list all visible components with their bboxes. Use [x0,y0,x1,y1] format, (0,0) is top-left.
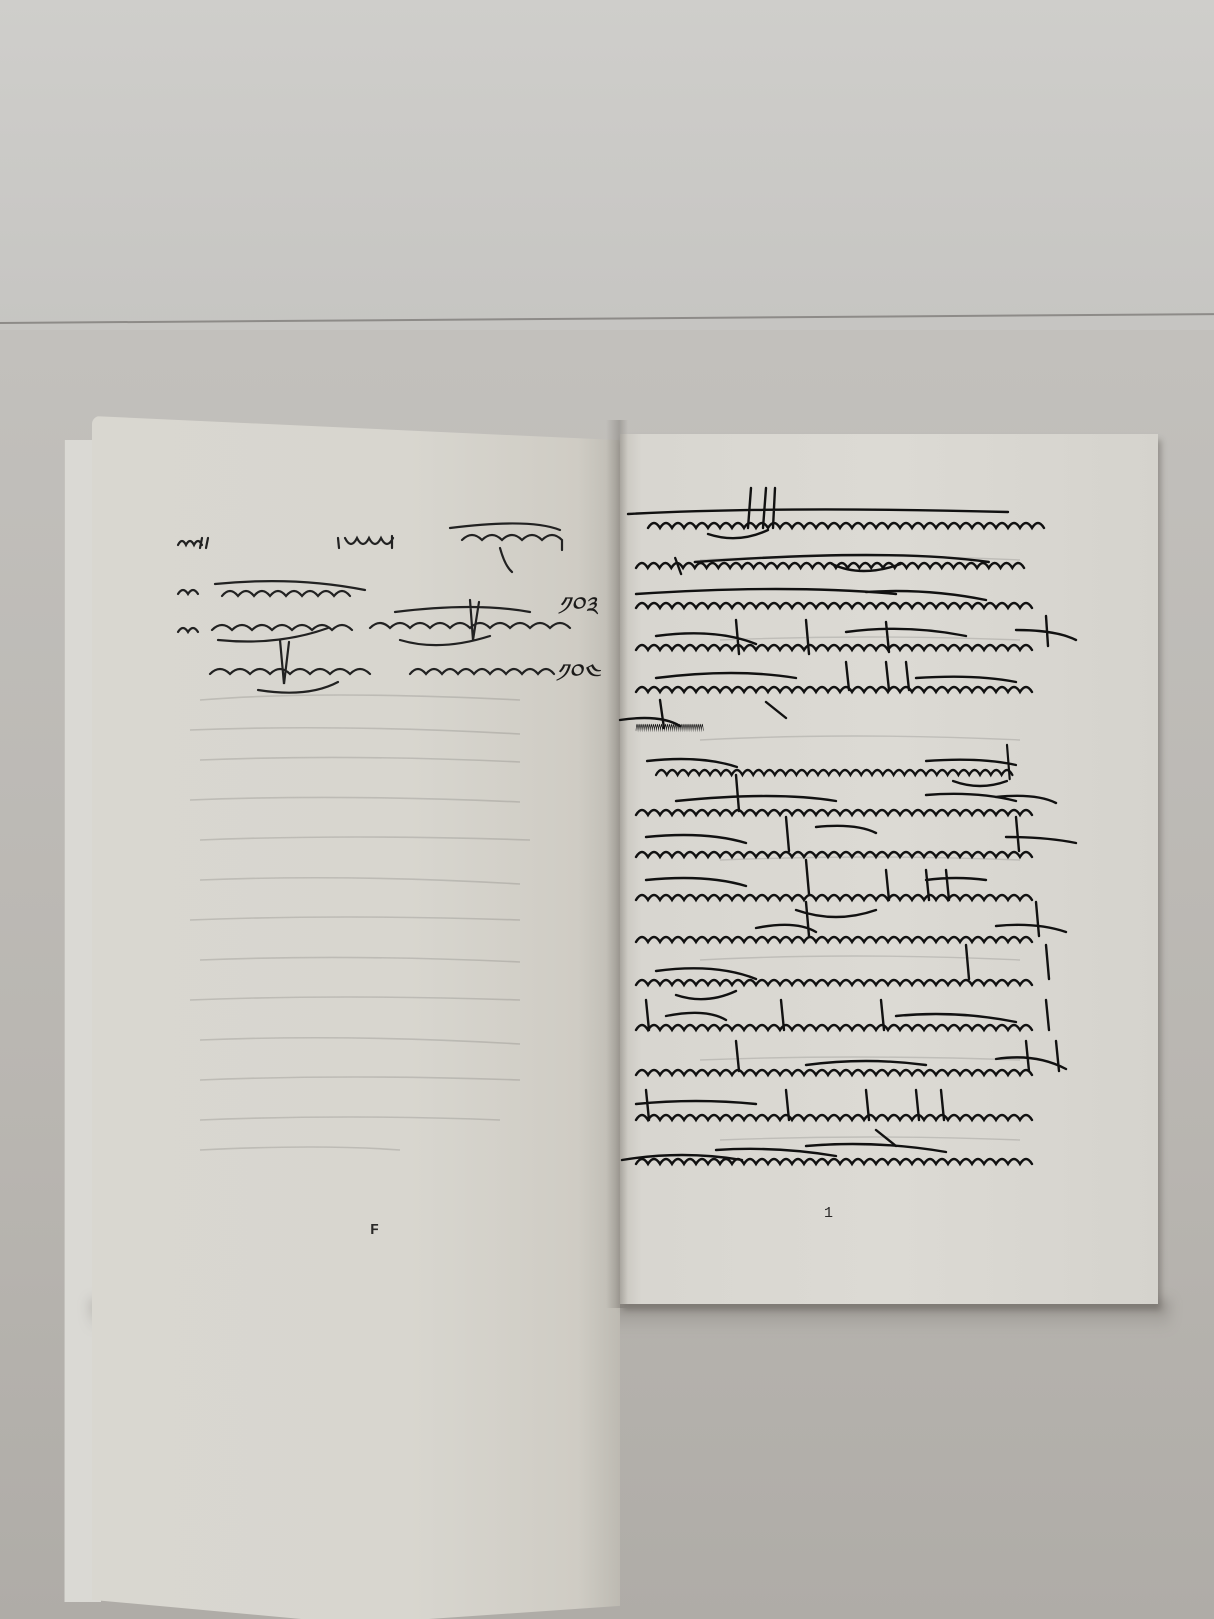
right-page-label: 1 [824,1205,833,1222]
right-page-script [0,0,1214,1619]
